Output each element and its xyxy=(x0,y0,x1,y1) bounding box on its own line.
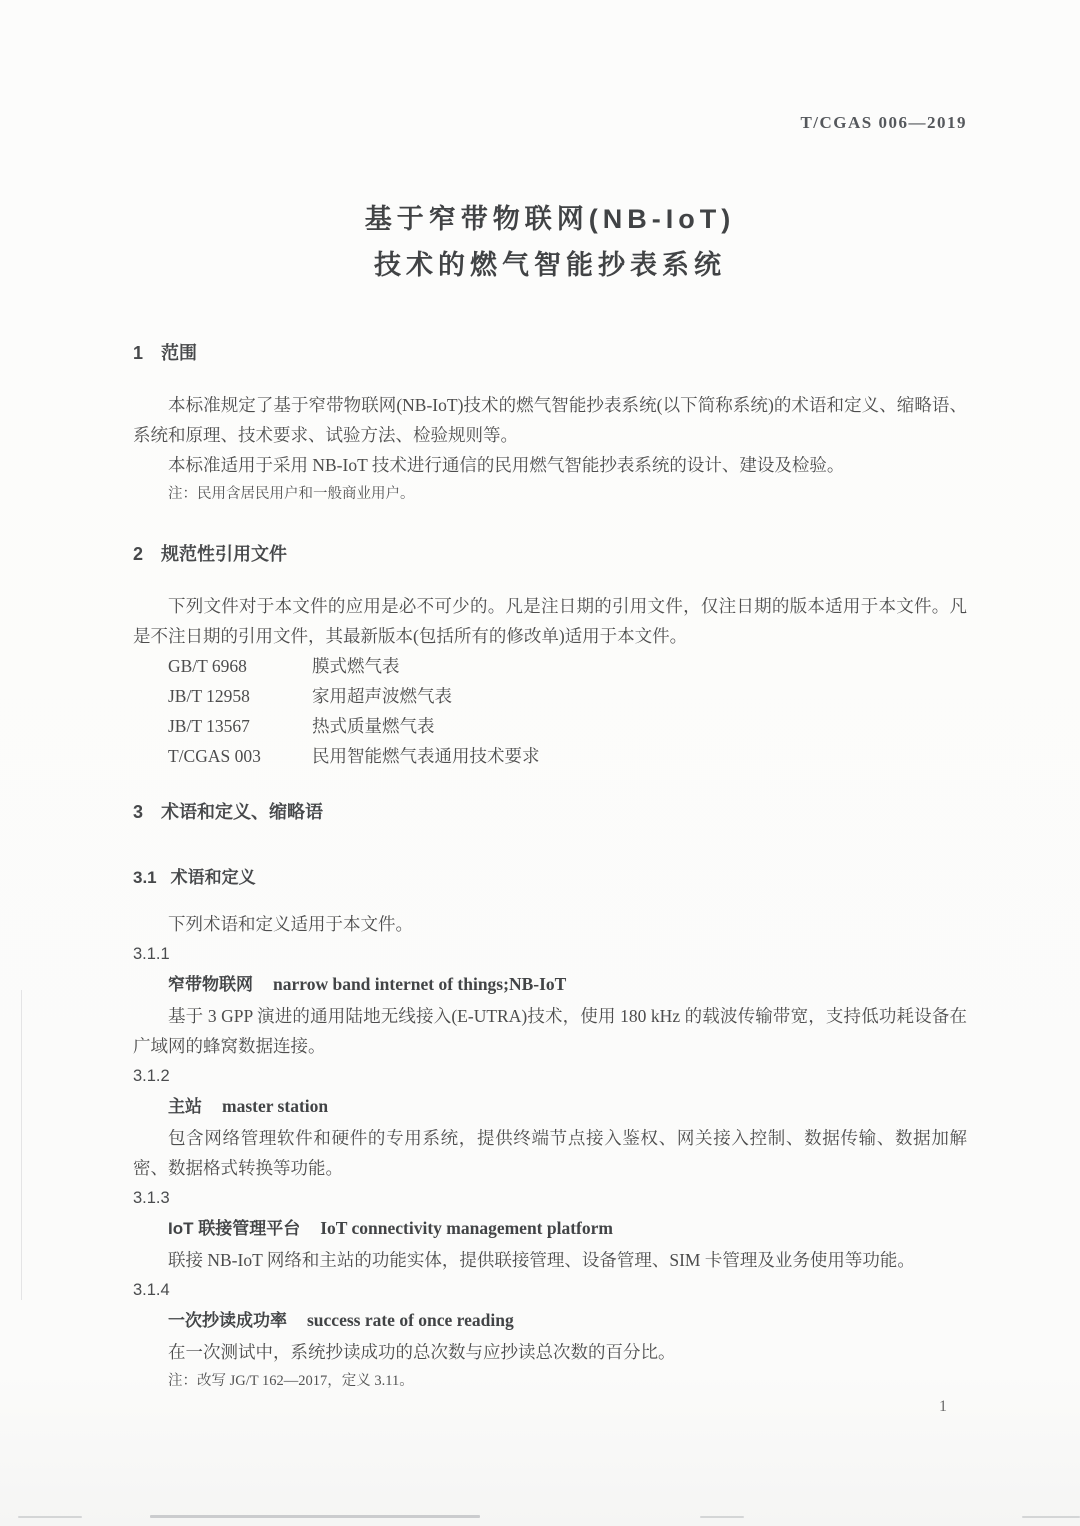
term-definition: 基于 3 GPP 演进的通用陆地无线接入(E-UTRA)技术，使用 180 kH… xyxy=(133,1001,967,1061)
term-number: 3.1.2 xyxy=(133,1061,967,1091)
term-definition: 在一次测试中，系统抄读成功的总次数与应抄读总次数的百分比。 xyxy=(133,1337,967,1367)
scope-paragraph-1: 本标准规定了基于窄带物联网(NB-IoT)技术的燃气智能抄表系统(以下简称系统)… xyxy=(133,390,967,450)
scope-note: 注：民用含居民用户和一般商业用户。 xyxy=(133,483,967,505)
term-name-line: 一次抄读成功率success rate of once reading xyxy=(133,1305,967,1337)
term-name-zh: 窄带物联网 xyxy=(168,975,253,994)
term-entry: 3.1.4 一次抄读成功率success rate of once readin… xyxy=(133,1275,967,1392)
term-definition: 联接 NB-IoT 网络和主站的功能实体，提供联接管理、设备管理、SIM 卡管理… xyxy=(133,1245,967,1275)
standard-code: T/CGAS 006—2019 xyxy=(133,112,967,134)
references-intro: 下列文件对于本文件的应用是必不可少的。凡是注日期的引用文件，仅注日期的版本适用于… xyxy=(133,591,967,651)
reference-item: JB/T 13567热式质量燃气表 xyxy=(133,711,967,741)
page-content: T/CGAS 006—2019 基于窄带物联网(NB-IoT) 技术的燃气智能抄… xyxy=(0,0,1080,1392)
terms-sub-heading: 3.1术语和定义 xyxy=(133,865,967,891)
term-entry: 3.1.3 IoT 联接管理平台IoT connectivity managem… xyxy=(133,1183,967,1275)
document-page: T/CGAS 006—2019 基于窄带物联网(NB-IoT) 技术的燃气智能抄… xyxy=(0,0,1080,1526)
term-name-en: IoT connectivity management platform xyxy=(320,1218,613,1238)
term-name-en: narrow band internet of things;NB-IoT xyxy=(273,974,566,994)
reference-item: JB/T 12958家用超声波燃气表 xyxy=(133,681,967,711)
references-section-number: 2 xyxy=(133,541,143,567)
reference-item: T/CGAS 003民用智能燃气表通用技术要求 xyxy=(133,741,967,771)
reference-code: JB/T 13567 xyxy=(168,711,286,741)
scope-section-heading: 1范围 xyxy=(133,340,967,366)
reference-list: GB/T 6968膜式燃气表 JB/T 12958家用超声波燃气表 JB/T 1… xyxy=(133,651,967,771)
references-section-heading: 2规范性引用文件 xyxy=(133,541,967,567)
term-note: 注：改写 JG/T 162—2017，定义 3.11。 xyxy=(133,1370,967,1392)
references-section-title: 规范性引用文件 xyxy=(161,544,287,564)
reference-title: 膜式燃气表 xyxy=(312,656,400,676)
scan-artifact-streak xyxy=(18,1516,82,1518)
term-name-zh: IoT 联接管理平台 xyxy=(168,1219,300,1238)
terms-sub-number: 3.1 xyxy=(133,865,157,891)
terms-sub-title: 术语和定义 xyxy=(171,868,256,887)
scope-paragraph-2: 本标准适用于采用 NB-IoT 技术进行通信的民用燃气智能抄表系统的设计、建设及… xyxy=(133,450,967,480)
scan-artifact-streak xyxy=(700,1516,744,1518)
terms-intro: 下列术语和定义适用于本文件。 xyxy=(133,909,967,939)
terms-section-number: 3 xyxy=(133,799,143,825)
reference-code: JB/T 12958 xyxy=(168,681,286,711)
page-number: 1 xyxy=(939,1398,947,1416)
reference-title: 热式质量燃气表 xyxy=(312,716,435,736)
term-name-zh: 主站 xyxy=(168,1097,202,1116)
document-title-line1: 基于窄带物联网(NB-IoT) xyxy=(133,196,967,242)
terms-section-title: 术语和定义、缩略语 xyxy=(161,802,323,822)
term-number: 3.1.1 xyxy=(133,939,967,969)
term-number: 3.1.4 xyxy=(133,1275,967,1305)
terms-section-heading: 3术语和定义、缩略语 xyxy=(133,799,967,825)
scope-section-title: 范围 xyxy=(161,343,197,363)
scan-artifact-streak xyxy=(1022,1516,1080,1518)
reference-code: T/CGAS 003 xyxy=(168,741,286,771)
term-name-en: success rate of once reading xyxy=(307,1310,514,1330)
scan-artifact-streak xyxy=(150,1515,480,1518)
term-entry: 3.1.1 窄带物联网narrow band internet of thing… xyxy=(133,939,967,1061)
document-title-line2: 技术的燃气智能抄表系统 xyxy=(133,242,967,288)
term-number: 3.1.3 xyxy=(133,1183,967,1213)
term-name-en: master station xyxy=(222,1096,328,1116)
term-definition: 包含网络管理软件和硬件的专用系统，提供终端节点接入鉴权、网关接入控制、数据传输、… xyxy=(133,1123,967,1183)
reference-title: 民用智能燃气表通用技术要求 xyxy=(312,746,540,766)
term-name-line: IoT 联接管理平台IoT connectivity management pl… xyxy=(133,1213,967,1245)
reference-item: GB/T 6968膜式燃气表 xyxy=(133,651,967,681)
term-name-line: 窄带物联网narrow band internet of things;NB-I… xyxy=(133,969,967,1001)
reference-code: GB/T 6968 xyxy=(168,651,286,681)
term-name-line: 主站master station xyxy=(133,1091,967,1123)
scope-section-number: 1 xyxy=(133,340,143,366)
document-title: 基于窄带物联网(NB-IoT) 技术的燃气智能抄表系统 xyxy=(133,196,967,288)
term-name-zh: 一次抄读成功率 xyxy=(168,1311,287,1330)
reference-title: 家用超声波燃气表 xyxy=(312,686,452,706)
term-entry: 3.1.2 主站master station 包含网络管理软件和硬件的专用系统，… xyxy=(133,1061,967,1183)
